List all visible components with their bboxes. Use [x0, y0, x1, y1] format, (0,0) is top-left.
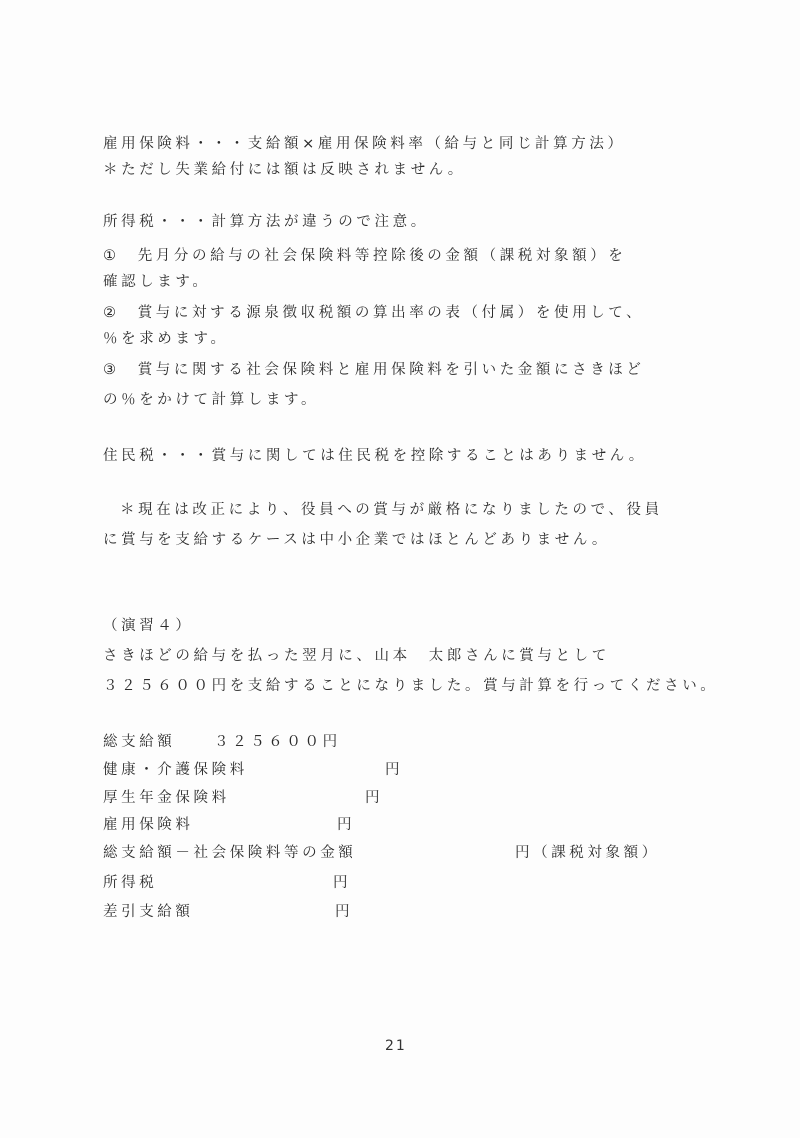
income-tax-step-1-cont: 確認します。	[103, 272, 210, 292]
remark-line-2: に賞与を支給するケースは中小企業ではほとんどありません。	[103, 530, 610, 550]
income-tax-heading: 所得税・・・計算方法が違うので注意。	[103, 212, 429, 232]
income-tax-step-2-cont: ％を求めます。	[103, 329, 229, 349]
document-page: 雇用保険料・・・支給額×雇用保険料率（給与と同じ計算方法） ＊ただし失業給付には…	[0, 0, 800, 1138]
remark-line-1: ＊現在は改正により、役員への賞与が厳格になりましたので、役員	[120, 500, 663, 520]
income-tax-step-3-cont: の％をかけて計算します。	[103, 390, 319, 410]
taxable-amount-unit: 円（課税対象額）	[515, 843, 660, 863]
net-pay-label: 差引支給額	[103, 902, 194, 922]
health-insurance-label: 健康・介護保険料	[103, 760, 248, 780]
net-pay-unit: 円	[335, 902, 353, 922]
taxable-amount-label: 総支給額－社会保険料等の金額	[103, 843, 356, 863]
gross-pay-value: ３２５６００円	[214, 732, 341, 752]
employment-insurance-label: 雇用保険料	[103, 815, 194, 835]
resident-tax-line: 住民税・・・賞与に関しては住民税を控除することはありません。	[103, 446, 647, 466]
employment-insurance-line: 雇用保険料・・・支給額×雇用保険料率（給与と同じ計算方法）	[103, 134, 626, 154]
exercise-prompt-line-2: ３２５６００円を支給することになりました。賞与計算を行ってください。	[103, 676, 718, 696]
exercise-prompt-line-1: さきほどの給与を払った翌月に、山本 太郎さんに賞与として	[103, 646, 610, 666]
income-tax-unit: 円	[333, 873, 351, 893]
gross-pay-label: 総支給額	[103, 732, 175, 752]
employment-insurance-note: ＊ただし失業給付には額は反映されません。	[103, 160, 466, 180]
income-tax-step-2: ② 賞与に対する源泉徴収税額の算出率の表（付属）を使用して、	[103, 303, 644, 323]
employment-insurance-unit: 円	[337, 815, 355, 835]
page-number: 21	[385, 1038, 407, 1054]
income-tax-label: 所得税	[103, 873, 157, 893]
income-tax-step-3: ③ 賞与に関する社会保険料と雇用保険料を引いた金額にさきほど	[103, 360, 645, 380]
health-insurance-unit: 円	[385, 760, 403, 780]
pension-insurance-unit: 円	[365, 788, 383, 808]
pension-insurance-label: 厚生年金保険料	[103, 788, 230, 808]
exercise-title: （演習４）	[103, 616, 194, 636]
income-tax-step-1: ① 先月分の給与の社会保険料等控除後の金額（課税対象額）を	[103, 246, 626, 266]
